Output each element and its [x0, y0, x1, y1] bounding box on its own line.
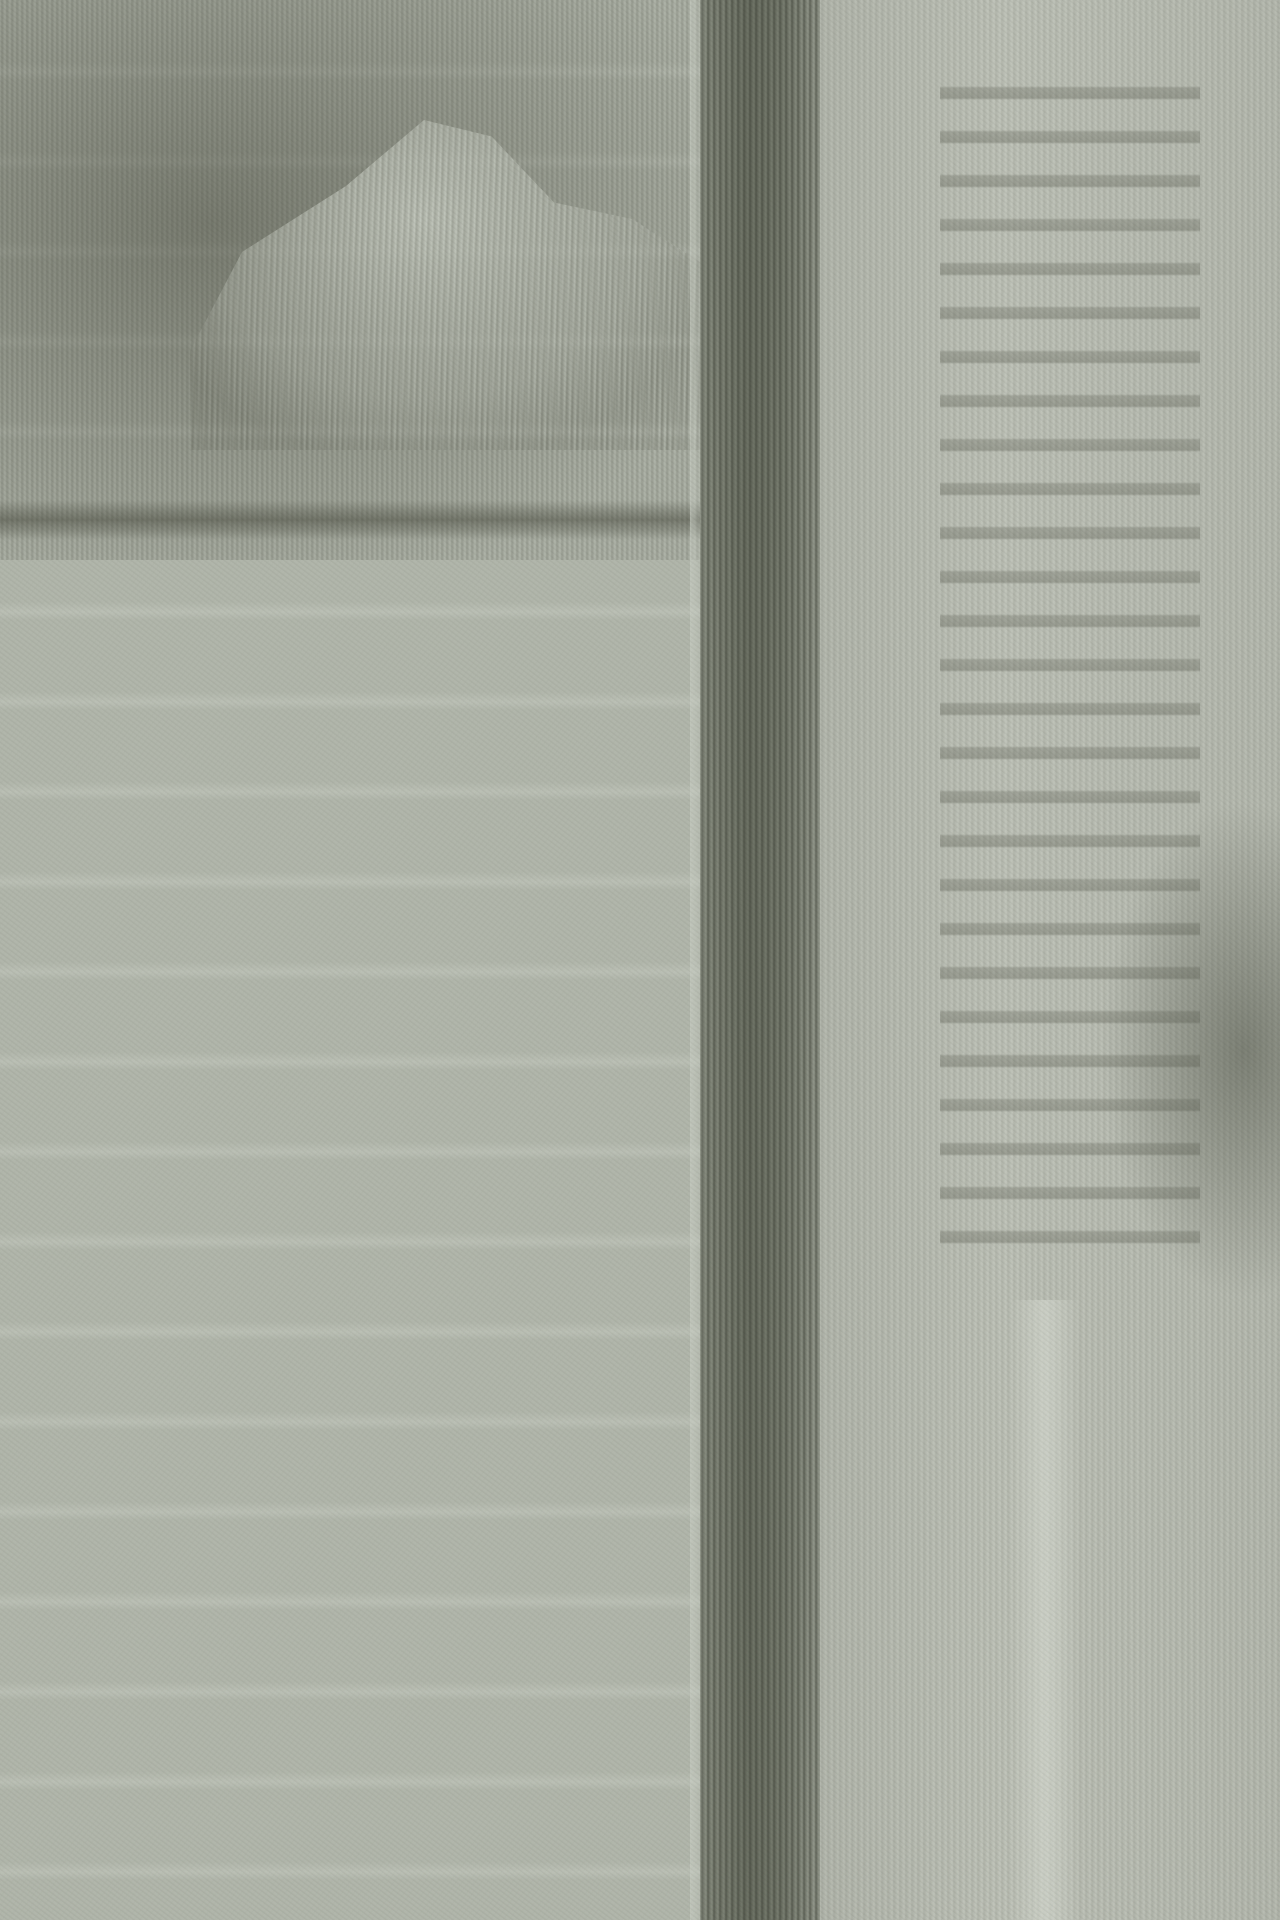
upper-landscape-shading [0, 0, 700, 560]
right-shadow [1100, 800, 1280, 1300]
right-light-panel [820, 0, 1280, 1920]
mountain-form [190, 120, 710, 450]
column-highlight-edge [690, 0, 704, 1920]
right-text-texture [940, 60, 1200, 1260]
paper-grain [0, 0, 1280, 1920]
artwork-canvas [0, 0, 1280, 1920]
left-hatched-panel [0, 0, 700, 1920]
horizon-band [0, 500, 700, 540]
dark-vertical-column [700, 0, 820, 1920]
right-light-bar [1010, 1300, 1080, 1920]
